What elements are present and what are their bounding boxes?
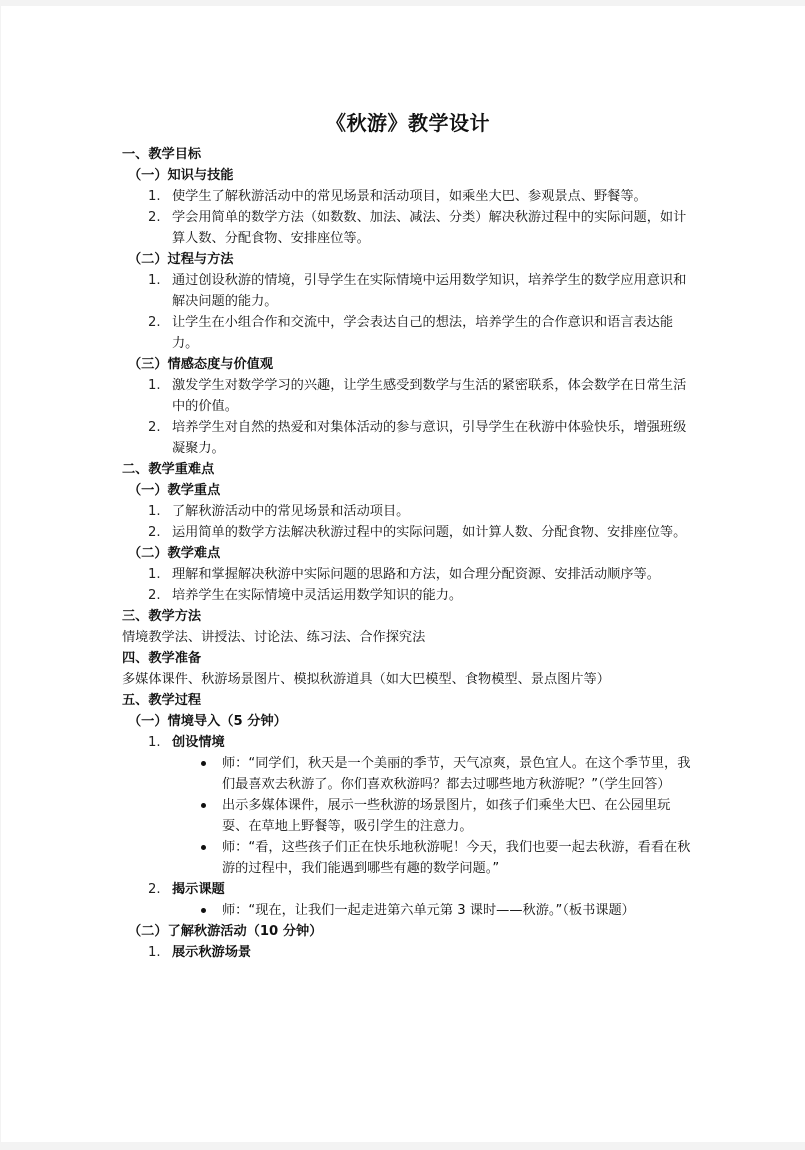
section-heading-preparation: 四、教学准备 [122, 648, 692, 669]
item-text: 激发学生对数学学习的兴趣，让学生感受到数学与生活的紧密联系，体会数学在日常生活中… [172, 375, 692, 417]
numbered-item: 1. 激发学生对数学学习的兴趣，让学生感受到数学与生活的紧密联系，体会数学在日常… [122, 375, 692, 417]
step-heading: 1. 创设情境 [122, 732, 692, 753]
step-number: 1. [148, 732, 172, 753]
numbered-item: 1. 通过创设秋游的情境，引导学生在实际情境中运用数学知识，培养学生的数学应用意… [122, 270, 692, 312]
item-number: 2. [148, 207, 172, 249]
item-number: 1. [148, 186, 172, 207]
bullet-icon [198, 753, 222, 795]
item-number: 2. [148, 312, 172, 354]
bullet-text: 师：“同学们，秋天是一个美丽的季节，天气凉爽，景色宜人。在这个季节里，我们最喜欢… [222, 753, 692, 795]
bullet-text: 出示多媒体课件，展示一些秋游的场景图片，如孩子们乘坐大巴、在公园里玩耍、在草地上… [222, 795, 692, 837]
numbered-item: 2. 让学生在小组合作和交流中，学会表达自己的想法，培养学生的合作意识和语言表达… [122, 312, 692, 354]
subsection-heading-difficult-points: （二）教学难点 [122, 543, 692, 564]
item-number: 2. [148, 522, 172, 543]
document-page: 《秋游》教学设计 一、教学目标 （一）知识与技能 1. 使学生了解秋游活动中的常… [1, 6, 805, 1142]
item-text: 学会用简单的数学方法（如数数、加法、减法、分类）解决秋游过程中的实际问题，如计算… [172, 207, 692, 249]
numbered-item: 2. 学会用简单的数学方法（如数数、加法、减法、分类）解决秋游过程中的实际问题，… [122, 207, 692, 249]
bullet-icon [198, 900, 222, 921]
bullet-item: 师：“看，这些孩子们正在快乐地秋游呢！今天，我们也要一起去秋游，看看在秋游的过程… [122, 837, 692, 879]
section-heading-objectives: 一、教学目标 [122, 144, 692, 165]
preparation-text: 多媒体课件、秋游场景图片、模拟秋游道具（如大巴模型、食物模型、景点图片等） [122, 669, 692, 690]
subsection-heading-emotion-values: （三）情感态度与价值观 [122, 354, 692, 375]
numbered-item: 2. 培养学生在实际情境中灵活运用数学知识的能力。 [122, 585, 692, 606]
step-number: 1. [148, 942, 172, 963]
numbered-item: 1. 使学生了解秋游活动中的常见场景和活动项目，如乘坐大巴、参观景点、野餐等。 [122, 186, 692, 207]
step-title: 创设情境 [172, 732, 692, 753]
section-heading-teaching-process: 五、教学过程 [122, 690, 692, 711]
subsection-heading-understand-activities: （二）了解秋游活动（10 分钟） [122, 921, 692, 942]
item-number: 1. [148, 270, 172, 312]
step-number: 2. [148, 879, 172, 900]
bullet-icon [198, 795, 222, 837]
subsection-heading-knowledge-skills: （一）知识与技能 [122, 165, 692, 186]
item-number: 1. [148, 375, 172, 417]
section-heading-key-difficult-points: 二、教学重难点 [122, 459, 692, 480]
item-text: 培养学生在实际情境中灵活运用数学知识的能力。 [172, 585, 692, 606]
numbered-item: 2. 运用简单的数学方法解决秋游过程中的实际问题，如计算人数、分配食物、安排座位… [122, 522, 692, 543]
bullet-text: 师：“看，这些孩子们正在快乐地秋游呢！今天，我们也要一起去秋游，看看在秋游的过程… [222, 837, 692, 879]
item-text: 了解秋游活动中的常见场景和活动项目。 [172, 501, 692, 522]
numbered-item: 2. 培养学生对自然的热爱和对集体活动的参与意识，引导学生在秋游中体验快乐，增强… [122, 417, 692, 459]
subsection-heading-introduction: （一）情境导入（5 分钟） [122, 711, 692, 732]
item-number: 1. [148, 501, 172, 522]
item-number: 1. [148, 564, 172, 585]
subsection-heading-process-methods: （二）过程与方法 [122, 249, 692, 270]
item-text: 培养学生对自然的热爱和对集体活动的参与意识，引导学生在秋游中体验快乐，增强班级凝… [172, 417, 692, 459]
item-text: 运用简单的数学方法解决秋游过程中的实际问题，如计算人数、分配食物、安排座位等。 [172, 522, 692, 543]
document-body: 一、教学目标 （一）知识与技能 1. 使学生了解秋游活动中的常见场景和活动项目，… [122, 144, 692, 963]
numbered-item: 1. 理解和掌握解决秋游中实际问题的思路和方法，如合理分配资源、安排活动顺序等。 [122, 564, 692, 585]
bullet-item: 师：“同学们，秋天是一个美丽的季节，天气凉爽，景色宜人。在这个季节里，我们最喜欢… [122, 753, 692, 795]
bullet-icon [198, 837, 222, 879]
bullet-item: 出示多媒体课件，展示一些秋游的场景图片，如孩子们乘坐大巴、在公园里玩耍、在草地上… [122, 795, 692, 837]
step-heading: 1. 展示秋游场景 [122, 942, 692, 963]
item-text: 使学生了解秋游活动中的常见场景和活动项目，如乘坐大巴、参观景点、野餐等。 [172, 186, 692, 207]
item-text: 通过创设秋游的情境，引导学生在实际情境中运用数学知识，培养学生的数学应用意识和解… [172, 270, 692, 312]
bullet-item: 师：“现在，让我们一起走进第六单元第 3 课时——秋游。”（板书课题） [122, 900, 692, 921]
document-title: 《秋游》教学设计 [122, 109, 694, 137]
item-text: 让学生在小组合作和交流中，学会表达自己的想法，培养学生的合作意识和语言表达能力。 [172, 312, 692, 354]
item-number: 2. [148, 585, 172, 606]
step-heading: 2. 揭示课题 [122, 879, 692, 900]
section-heading-teaching-methods: 三、教学方法 [122, 606, 692, 627]
step-title: 展示秋游场景 [172, 942, 692, 963]
bullet-text: 师：“现在，让我们一起走进第六单元第 3 课时——秋游。”（板书课题） [222, 900, 692, 921]
teaching-methods-text: 情境教学法、讲授法、讨论法、练习法、合作探究法 [122, 627, 692, 648]
item-text: 理解和掌握解决秋游中实际问题的思路和方法，如合理分配资源、安排活动顺序等。 [172, 564, 692, 585]
numbered-item: 1. 了解秋游活动中的常见场景和活动项目。 [122, 501, 692, 522]
item-number: 2. [148, 417, 172, 459]
step-title: 揭示课题 [172, 879, 692, 900]
subsection-heading-key-points: （一）教学重点 [122, 480, 692, 501]
